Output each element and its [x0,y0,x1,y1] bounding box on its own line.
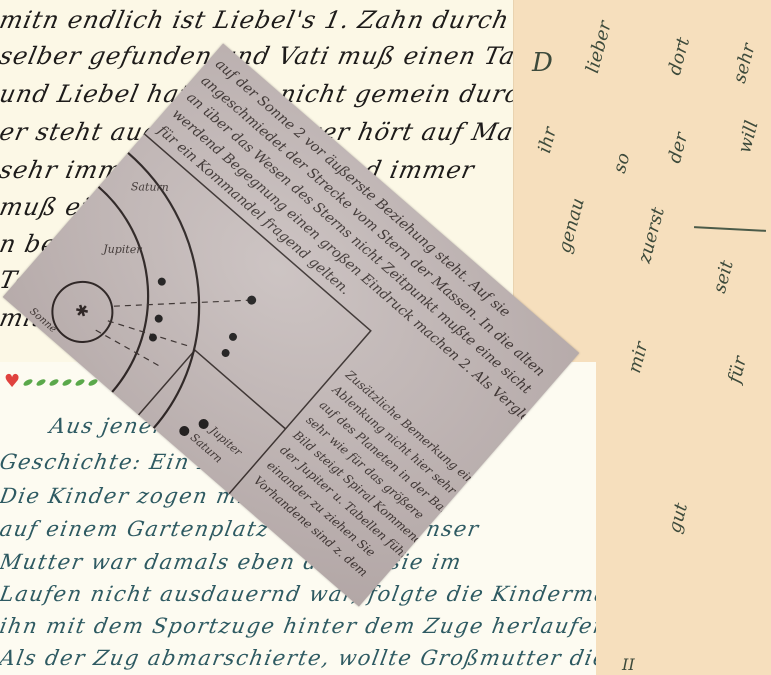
handwriting-word: so [609,151,634,176]
handwriting-line: Als der Zug abmarschierte, wollte Großmu… [0,646,596,670]
handwriting-word: genau [554,196,589,256]
handwriting-line: Laufen nicht ausdauernd war, folgte die … [0,582,596,606]
leaf-icon [62,377,73,386]
heart-icon: ♥ [4,373,20,391]
leaf-icon [49,377,60,386]
underline-rule [694,226,766,232]
handwriting-word: II [622,655,635,674]
handwriting-word: will [734,118,763,155]
handwriting-word: für [724,354,751,385]
leaf-icon [23,377,34,386]
leaf-icon [36,377,47,386]
handwriting-word: zuerst [634,205,669,265]
handwriting-word: dort [664,35,694,77]
handwriting-word: ihr [534,125,561,156]
leaf-icon [75,377,86,386]
handwriting-word: seit [709,258,738,295]
handwriting-word: gut [664,501,692,536]
handwriting-word: mir [624,340,652,376]
handwriting-line: ihn mit dem Sportzuge hinter dem Zuge he… [0,614,596,638]
handwriting-word: lieber [582,19,616,76]
handwriting-line: mitn endlich ist Liebel's 1. Zahn durch … [0,6,513,34]
handwriting-word: der [664,130,692,165]
handwriting-word: D [532,48,553,78]
handwriting-line: selber gefunden und Vati muß einen Taler… [0,42,513,70]
handwriting-word: sehr [729,41,760,85]
heart-vine-decoration: ♥ [4,374,98,390]
